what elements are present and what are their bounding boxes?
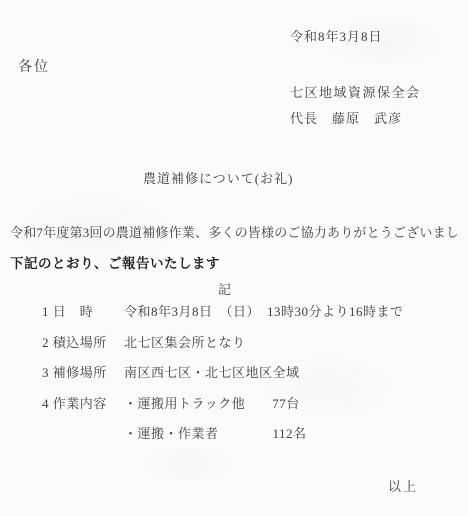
detail-label: 3 補修場所 xyxy=(42,362,124,381)
detail-list: 1 日 時 令和8年3月8日 （日） 13時30分より16時まで 2 積込場所 … xyxy=(42,301,462,454)
body-line-1: 令和7年度第3回の農道補修作業、多くの皆様のご協力ありがとうございまし xyxy=(10,222,462,241)
detail-value: ・運搬用トラック他 77台 xyxy=(124,393,300,412)
sender-representative: 代長 藤原 武彦 xyxy=(290,108,402,127)
detail-value: 北七区集会所となり xyxy=(124,332,246,351)
detail-label: 4 作業内容 xyxy=(42,393,124,412)
body-line-2: 下記のとおり、ご報告いたします xyxy=(10,252,220,272)
document-page: 令和8年3月8日 各位 七区地域資源保全会 代長 藤原 武彦 農道補修について(… xyxy=(0,0,468,516)
detail-label: 2 積込場所 xyxy=(42,332,124,351)
issue-date: 令和8年3月8日 xyxy=(290,26,383,45)
detail-value: 南区西七区・北七区地区全域 xyxy=(124,362,300,381)
detail-value: 令和8年3月8日 （日） 13時30分より16時まで xyxy=(124,301,404,320)
detail-label: 1 日 時 xyxy=(42,301,124,320)
detail-row-repair-place: 3 補修場所 南区西七区・北七区地区全域 xyxy=(42,362,462,393)
document-title: 農道補修について(お礼) xyxy=(143,168,293,187)
sender-organization: 七区地域資源保全会 xyxy=(290,82,421,101)
recipient: 各位 xyxy=(18,56,50,76)
detail-row-loading-place: 2 積込場所 北七区集会所となり xyxy=(42,332,462,363)
record-marker: 記 xyxy=(218,279,232,298)
closing: 以上 xyxy=(388,476,418,495)
detail-row-datetime: 1 日 時 令和8年3月8日 （日） 13時30分より16時まで xyxy=(42,301,462,332)
detail-value: ・運搬・作業者 112名 xyxy=(124,423,307,442)
detail-row-work-content: 4 作業内容 ・運搬用トラック他 77台 xyxy=(42,393,462,424)
detail-row-workers: ・運搬・作業者 112名 xyxy=(42,423,462,454)
